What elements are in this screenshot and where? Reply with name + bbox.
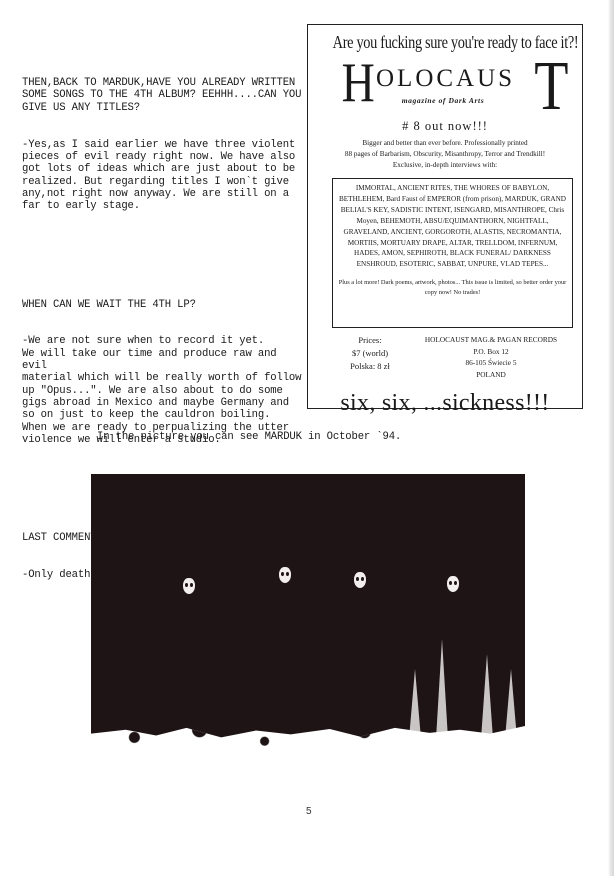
address-line: HOLOCAUST MAG.& PAGAN RECORDS xyxy=(416,334,566,346)
logo-subtitle: magazine of Dark Arts xyxy=(378,96,508,105)
interview-question: THEN,BACK TO MARDUK,HAVE YOU ALREADY WRI… xyxy=(22,77,302,114)
address-line: POLAND xyxy=(416,369,566,381)
interview-list-box: IMMORTAL, ANCIENT RITES, THE WHORES OF B… xyxy=(332,178,573,328)
interview-answer: -Yes,as I said earlier we have three vio… xyxy=(22,139,302,213)
snow-ground xyxy=(91,726,525,764)
band-list: IMMORTAL, ANCIENT RITES, THE WHORES OF B… xyxy=(333,183,572,270)
blurb-line: Exclusive, in-depth interviews with: xyxy=(308,160,582,171)
ad-tagline: Are you fucking sure you're ready to fac… xyxy=(333,32,558,53)
photo-caption: In the picture you can see MARDUK in Oct… xyxy=(97,431,401,443)
ad-blurb: Bigger and better than ever before. Prof… xyxy=(308,138,582,171)
member-face xyxy=(447,576,459,592)
ad-extras-note: Plus a lot more! Dark poems, artwork, ph… xyxy=(333,278,572,297)
member-face xyxy=(279,567,291,583)
logo-last-letter: T xyxy=(534,55,568,119)
holocaust-logo: H OLOCAUS T magazine of Dark Arts xyxy=(308,55,582,119)
address-line: 86-105 Świecie 5 xyxy=(416,357,566,369)
prices: Prices: $7 (world) Polska: 8 zł xyxy=(340,334,400,373)
member-face xyxy=(354,572,366,588)
band-photo xyxy=(91,474,525,764)
holocaust-magazine-ad: Are you fucking sure you're ready to fac… xyxy=(307,24,583,409)
interview-answer: -We are not sure when to record it yet. … xyxy=(22,335,302,446)
tree-silhouette xyxy=(436,639,448,739)
logo-middle: OLOCAUS xyxy=(376,65,515,93)
member-face xyxy=(183,578,195,594)
tree-silhouette xyxy=(481,654,493,739)
price-poland: Polska: 8 zł xyxy=(340,360,400,373)
blurb-line: Bigger and better than ever before. Prof… xyxy=(308,138,582,149)
order-info: Prices: $7 (world) Polska: 8 zł HOLOCAUS… xyxy=(308,334,582,390)
address-line: P.O. Box 12 xyxy=(416,346,566,358)
prices-label: Prices: xyxy=(340,334,400,347)
ad-slogan: six, six, ...sickness!!! xyxy=(308,390,582,417)
page-number: 5 xyxy=(306,806,312,817)
interview-qa-1: THEN,BACK TO MARDUK,HAVE YOU ALREADY WRI… xyxy=(22,53,302,237)
tree-silhouette xyxy=(409,669,421,739)
postal-address: HOLOCAUST MAG.& PAGAN RECORDS P.O. Box 1… xyxy=(416,334,566,380)
blurb-line: 88 pages of Barbarism, Obscurity, Misant… xyxy=(308,149,582,160)
logo-first-letter: H xyxy=(342,55,375,111)
page-edge-shadow xyxy=(608,0,614,876)
price-world: $7 (world) xyxy=(340,347,400,360)
interview-question: WHEN CAN WE WAIT THE 4TH LP? xyxy=(22,299,302,311)
